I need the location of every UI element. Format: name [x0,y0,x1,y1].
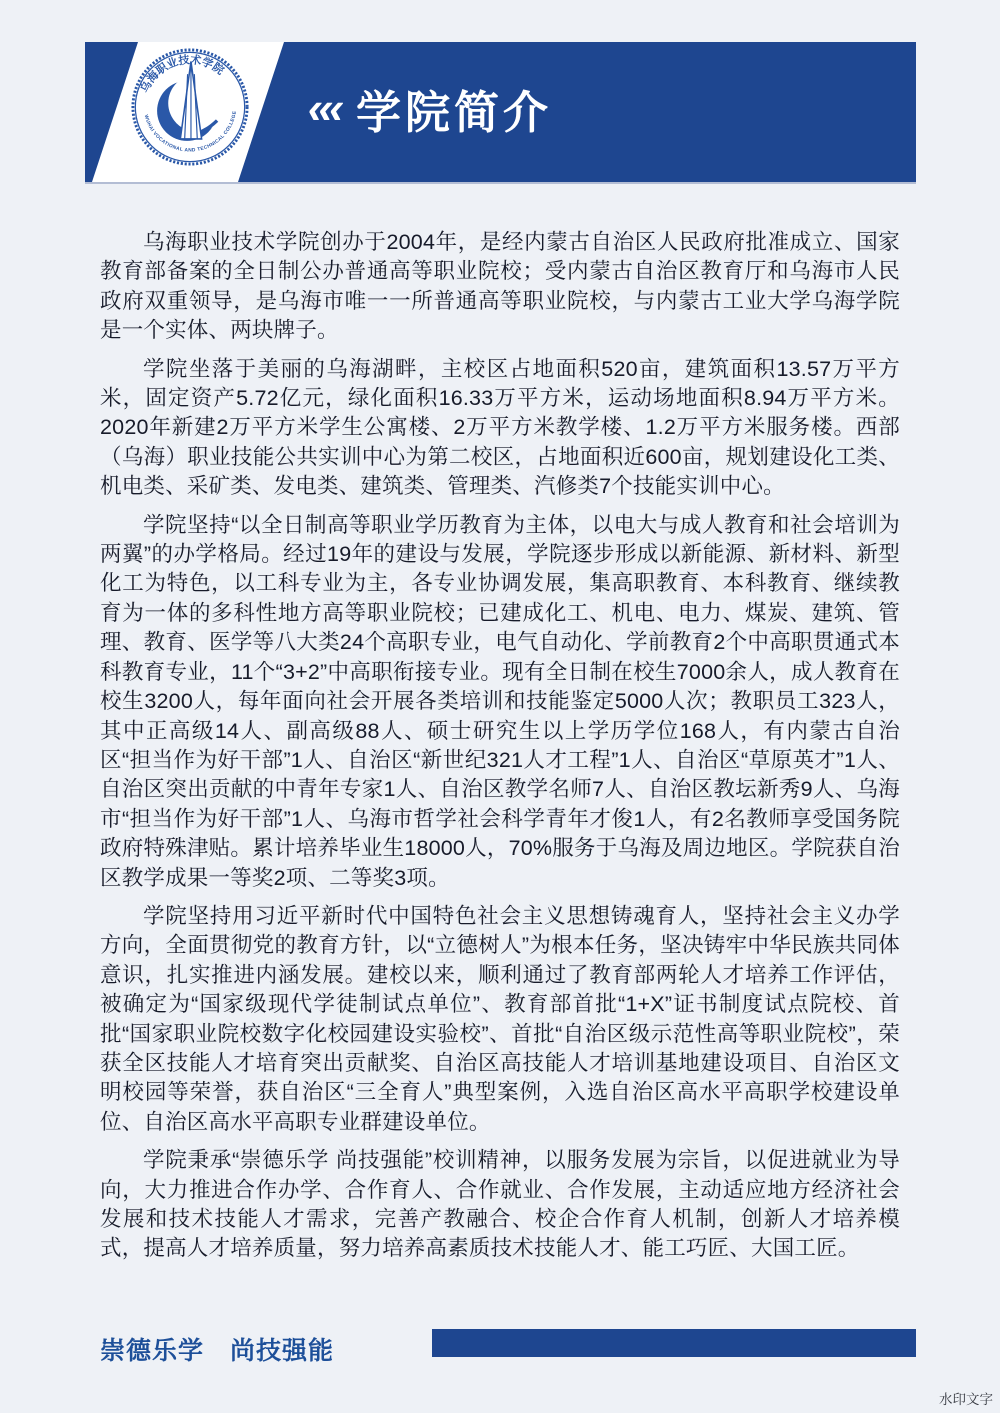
watermark-text: 水印文字 [939,1388,993,1408]
college-logo: 乌海职业技术学院 WUHAI VOCATIONAL AND TECHNICAL … [130,47,250,167]
page-title: ‹‹‹ 学院简介 [308,42,552,182]
intro-paragraph-1: 乌海职业技术学院创办于2004年，是经内蒙古自治区人民政府批准成立、国家教育部备… [100,228,900,346]
intro-paragraph-4: 学院坚持用习近平新时代中国特色社会主义思想铸魂育人，坚持社会主义办学方向，全面贯… [100,902,900,1137]
intro-paragraph-3: 学院坚持“以全日制高等职业学历教育为主体，以电大与成人教育和社会培训为两翼”的办… [100,511,900,893]
college-introduction: 乌海职业技术学院创办于2004年，是经内蒙古自治区人民政府批准成立、国家教育部备… [100,228,900,1273]
footer-motto: 崇德乐学 尚技强能 [100,1331,334,1367]
college-seal-icon: 乌海职业技术学院 WUHAI VOCATIONAL AND TECHNICAL … [130,47,250,167]
page-title-text: 学院简介 [356,90,552,135]
intro-paragraph-5: 学院秉承“崇德乐学 尚技强能”校训精神，以服务发展为宗旨，以促进就业为导向，大力… [100,1146,900,1264]
footer-accent-bar [432,1329,916,1357]
chevrons-icon: ‹‹‹ [304,87,344,131]
header-banner: 乌海职业技术学院 WUHAI VOCATIONAL AND TECHNICAL … [85,42,916,182]
page: 乌海职业技术学院 WUHAI VOCATIONAL AND TECHNICAL … [0,0,1000,1413]
intro-paragraph-2: 学院坐落于美丽的乌海湖畔，主校区占地面积520亩，建筑面积13.57万平方米，固… [100,355,900,502]
